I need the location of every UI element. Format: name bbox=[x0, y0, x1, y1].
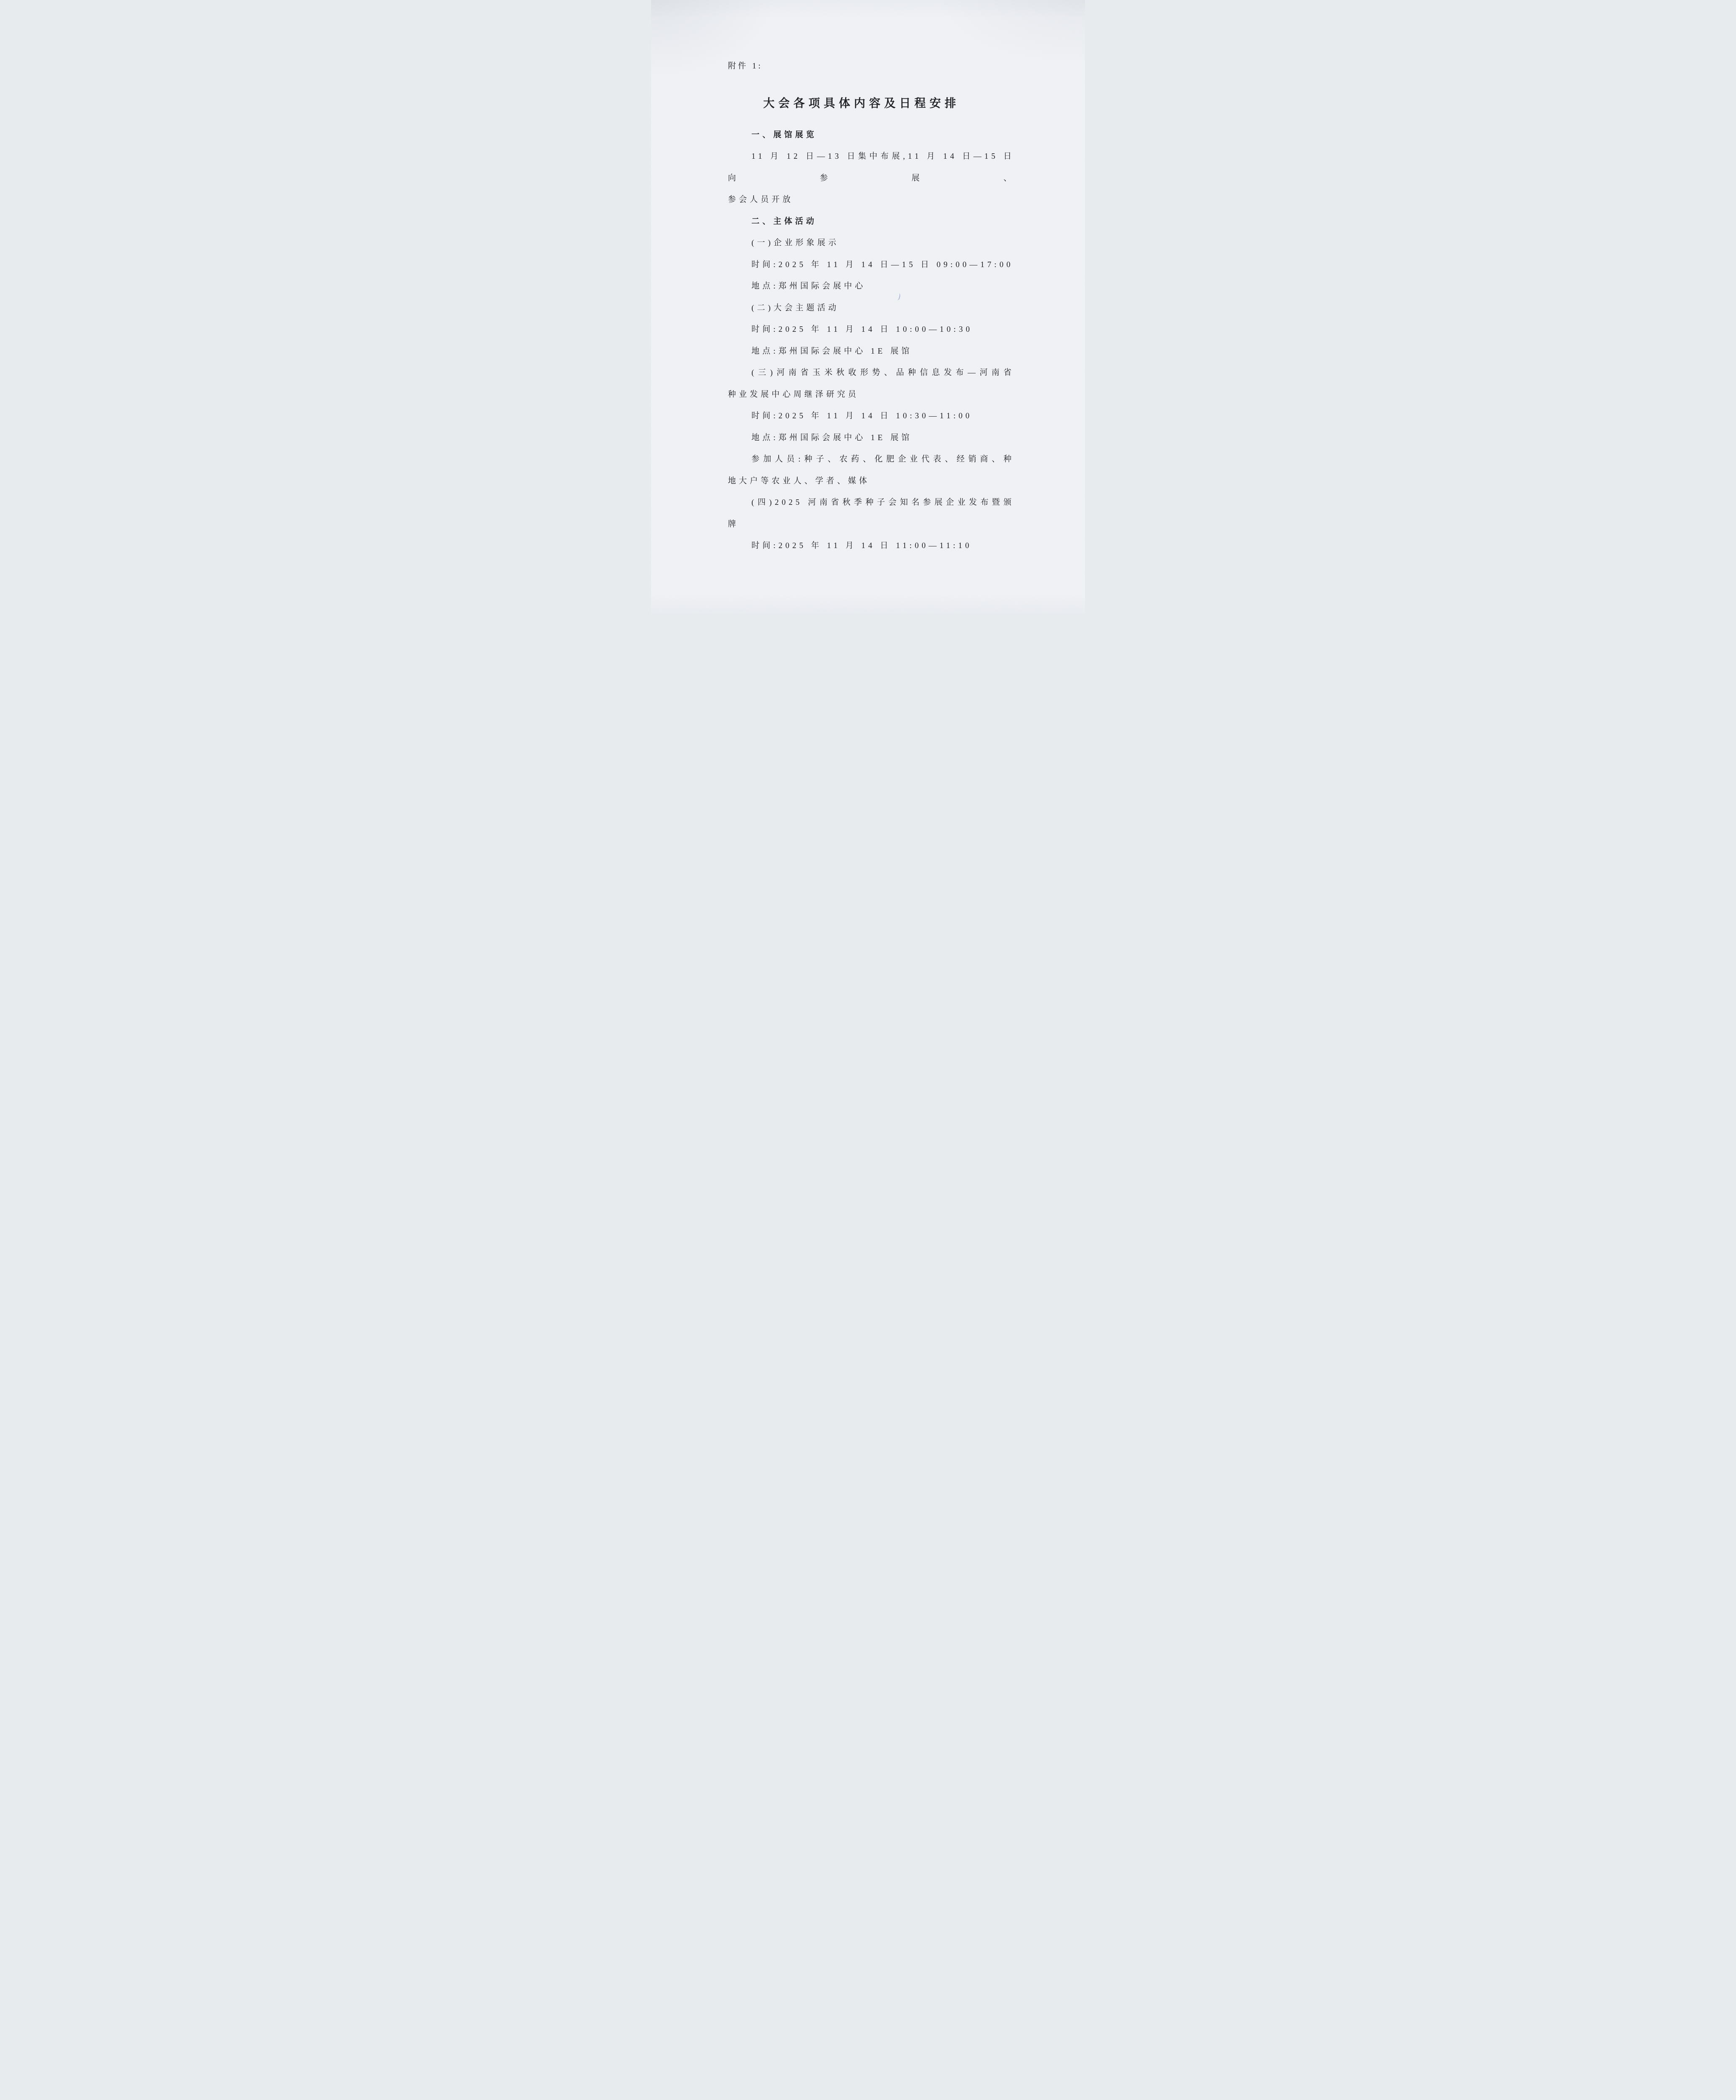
event-3-title-line-1: (三)河南省玉米秋收形势、品种信息发布—河南省 bbox=[728, 362, 1014, 384]
section-2-heading: 二、主体活动 bbox=[728, 211, 1014, 233]
document-body: 附件 1: 大会各项具体内容及日程安排 一、展馆展览 11 月 12 日—13 … bbox=[728, 55, 1014, 557]
attachment-label: 附件 1: bbox=[728, 55, 1014, 77]
event-1-title: (一)企业形象展示 bbox=[728, 232, 1014, 254]
event-4-title-line-1: (四)2025 河南省秋季种子会知名参展企业发布暨颁 bbox=[728, 492, 1014, 514]
event-2-time: 时间:2025 年 11 月 14 日 10:00—10:30 bbox=[728, 319, 1014, 341]
event-1-location: 地点:郑州国际会展中心 bbox=[728, 276, 1014, 297]
document-title: 大会各项具体内容及日程安排 bbox=[728, 95, 995, 112]
section-1-schedule-line-2: 参会人员开放 bbox=[728, 189, 1014, 211]
event-4-time: 时间:2025 年 11 月 14 日 11:00—11:10 bbox=[728, 535, 1014, 557]
event-3-title-line-2: 种业发展中心周继泽研究员 bbox=[728, 384, 1014, 406]
event-3-location: 地点:郑州国际会展中心 1E 展馆 bbox=[728, 427, 1014, 449]
event-3-participants-line-2: 地大户等农业人、学者、媒体 bbox=[728, 470, 1014, 492]
event-4-title-line-2: 牌 bbox=[728, 514, 1014, 535]
event-2-title: (二)大会主题活动 bbox=[728, 297, 1014, 319]
event-3-participants-line-1: 参加人员:种子、农药、化肥企业代表、经销商、种 bbox=[728, 449, 1014, 470]
section-1-heading: 一、展馆展览 bbox=[728, 124, 1014, 146]
section-1-schedule-line-1: 11 月 12 日—13 日集中布展,11 月 14 日—15 日向参展、 bbox=[728, 146, 1014, 189]
event-3-time: 时间:2025 年 11 月 14 日 10:30—11:00 bbox=[728, 405, 1014, 427]
scanned-document-page: 附件 1: 大会各项具体内容及日程安排 一、展馆展览 11 月 12 日—13 … bbox=[651, 0, 1085, 614]
event-1-time: 时间:2025 年 11 月 14 日—15 日 09:00—17:00 bbox=[728, 254, 1014, 276]
event-2-location: 地点:郑州国际会展中心 1E 展馆 bbox=[728, 341, 1014, 362]
